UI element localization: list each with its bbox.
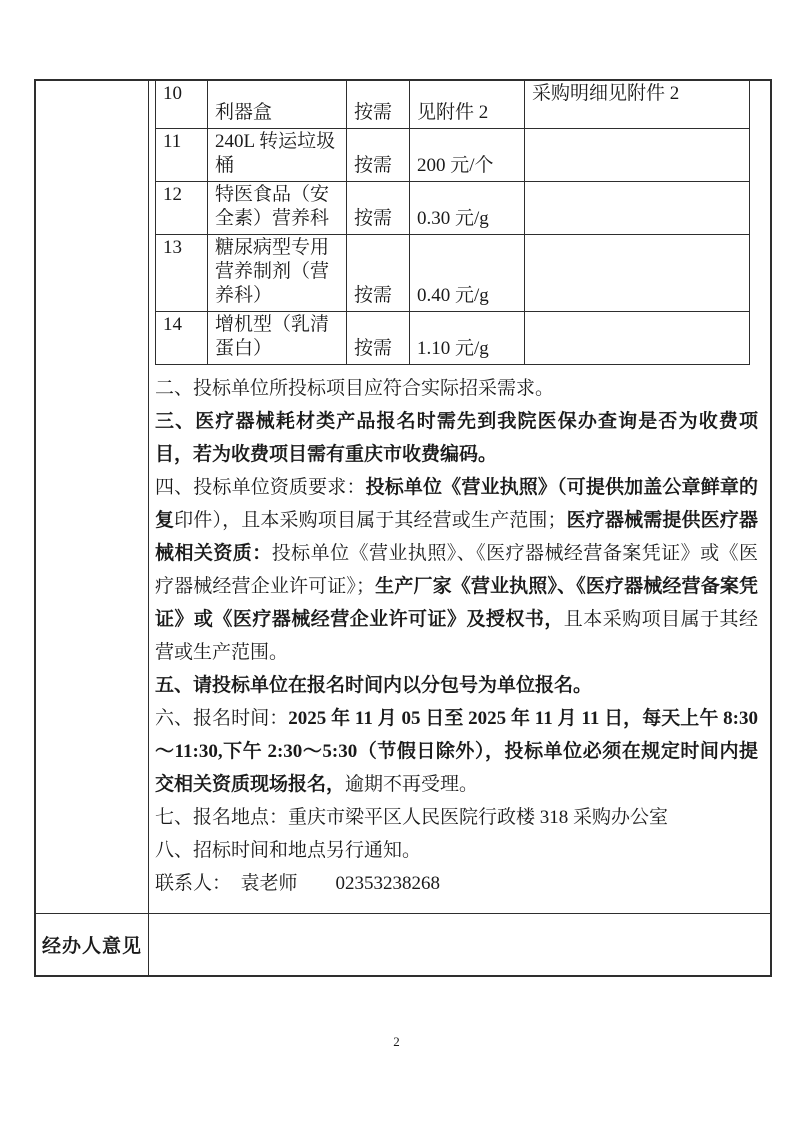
note-paragraph-6: 六、报名时间：2025 年 11 月 05 日至 2025 年 11 月 11 …	[155, 702, 758, 801]
item-qty: 按需	[347, 181, 410, 234]
item-note	[525, 234, 750, 311]
item-name: 特医食品（安全素）营养科	[208, 181, 347, 234]
left-label-cell-empty	[36, 81, 149, 914]
item-name: 糖尿病型专用营养制剂（营养科）	[208, 234, 347, 311]
item-note	[525, 128, 750, 181]
items-table: 10 利器盒 按需 见附件 2 采购明细见附件 2 11 240L 转运垃圾桶 …	[155, 81, 750, 365]
handler-opinion-cell: 经办人意见	[36, 914, 149, 975]
notes-section: 二、投标单位所投标项目应符合实际招采需求。 三、医疗器械耗材类产品报名时需先到我…	[155, 372, 758, 900]
item-qty: 按需	[347, 311, 410, 364]
document-page: 10 利器盒 按需 见附件 2 采购明细见附件 2 11 240L 转运垃圾桶 …	[0, 0, 793, 1122]
text-segment: 三、医疗器械耗材类产品报名时需先到我院医保办查询是否为收费项目，若为收费项目需有…	[155, 411, 758, 465]
contact-line: 联系人： 袁老师 02353238268	[155, 867, 758, 900]
text-segment: 六、报名时间：	[155, 708, 288, 729]
item-no: 11	[156, 128, 208, 181]
item-price: 1.10 元/g	[410, 311, 525, 364]
item-qty: 按需	[347, 81, 410, 128]
main-content-cell: 10 利器盒 按需 见附件 2 采购明细见附件 2 11 240L 转运垃圾桶 …	[149, 81, 770, 914]
item-price: 0.30 元/g	[410, 181, 525, 234]
item-note: 采购明细见附件 2	[525, 81, 750, 128]
item-price: 0.40 元/g	[410, 234, 525, 311]
text-segment: 七、报名地点：重庆市梁平区人民医院行政楼 318 采购办公室	[155, 807, 668, 828]
table-row: 13 糖尿病型专用营养制剂（营养科） 按需 0.40 元/g	[156, 234, 750, 311]
item-no: 14	[156, 311, 208, 364]
item-no: 13	[156, 234, 208, 311]
item-note	[525, 181, 750, 234]
text-segment: 四、投标单位资质要求：	[155, 477, 366, 498]
note-paragraph-2: 二、投标单位所投标项目应符合实际招采需求。	[155, 372, 758, 405]
note-paragraph-8: 八、招标时间和地点另行通知。	[155, 834, 758, 867]
table-row: 12 特医食品（安全素）营养科 按需 0.30 元/g	[156, 181, 750, 234]
note-paragraph-3: 三、医疗器械耗材类产品报名时需先到我院医保办查询是否为收费项目，若为收费项目需有…	[155, 405, 758, 471]
item-no: 10	[156, 81, 208, 128]
item-name: 240L 转运垃圾桶	[208, 128, 347, 181]
item-qty: 按需	[347, 128, 410, 181]
text-segment: 印件），且本采购项目属于其经营或生产范围；	[174, 510, 566, 531]
item-note	[525, 311, 750, 364]
handler-opinion-content-empty	[149, 914, 770, 975]
text-segment: 八、招标时间和地点另行通知。	[155, 840, 421, 861]
table-row: 11 240L 转运垃圾桶 按需 200 元/个	[156, 128, 750, 181]
text-segment: 联系人： 袁老师 02353238268	[155, 873, 440, 894]
note-paragraph-7: 七、报名地点：重庆市梁平区人民医院行政楼 318 采购办公室	[155, 801, 758, 834]
page-number: 2	[0, 1034, 793, 1050]
item-price: 见附件 2	[410, 81, 525, 128]
text-segment: 二、投标单位所投标项目应符合实际招采需求。	[155, 378, 554, 399]
item-name: 增机型（乳清蛋白）	[208, 311, 347, 364]
table-row: 14 增机型（乳清蛋白） 按需 1.10 元/g	[156, 311, 750, 364]
outer-form-table: 10 利器盒 按需 见附件 2 采购明细见附件 2 11 240L 转运垃圾桶 …	[34, 79, 772, 977]
text-segment: 五、请投标单位在报名时间内以分包号为单位报名。	[155, 675, 592, 696]
item-qty: 按需	[347, 234, 410, 311]
table-row: 10 利器盒 按需 见附件 2 采购明细见附件 2	[156, 81, 750, 128]
handler-opinion-label: 经办人意见	[42, 931, 142, 958]
item-price: 200 元/个	[410, 128, 525, 181]
item-name: 利器盒	[208, 81, 347, 128]
text-segment: 逾期不再受理。	[345, 774, 478, 795]
note-paragraph-4: 四、投标单位资质要求：投标单位《营业执照》（可提供加盖公章鲜章的复印件），且本采…	[155, 471, 758, 669]
note-paragraph-5: 五、请投标单位在报名时间内以分包号为单位报名。	[155, 669, 758, 702]
item-no: 12	[156, 181, 208, 234]
